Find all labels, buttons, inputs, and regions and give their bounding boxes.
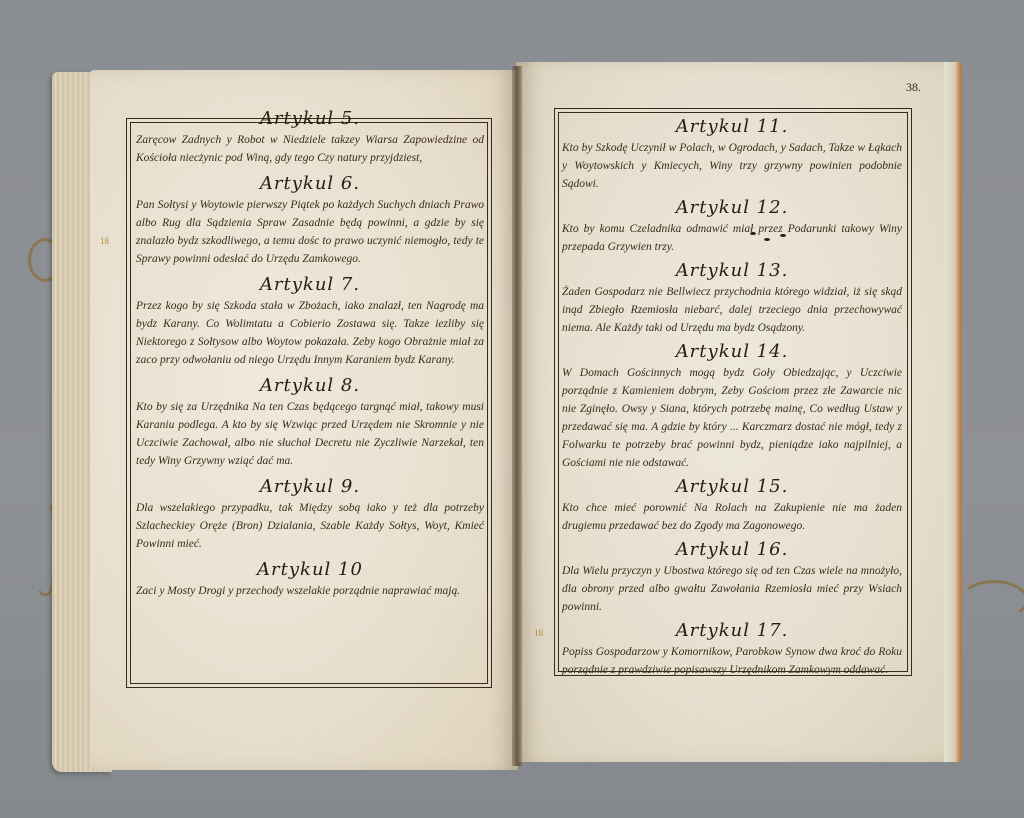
article-heading: Artykul 5. (136, 108, 484, 129)
article-text: Dla Wielu przyczyn y Ubostwa którego się… (562, 562, 902, 616)
book-gutter (512, 66, 522, 766)
article-14: Artykul 14. W Domach Gościnnych mogą byd… (562, 341, 902, 472)
article-text: Kto by się za Urzędnika Na ten Czas będą… (136, 398, 484, 470)
gutter-margin-note: 18 (534, 628, 543, 638)
article-11: Artykul 11. Kto by Szkodę Uczynił w Pola… (562, 116, 902, 193)
left-margin-note: 18 (100, 236, 109, 246)
article-9: Artykul 9. Dla wszelakiego przypadku, ta… (136, 476, 484, 553)
article-heading: Artykul 16. (562, 539, 902, 560)
article-heading: Artykul 7. (136, 274, 484, 295)
left-page-text: Artykul 5. Zaręcow Zadnych y Robot w Nie… (136, 104, 484, 606)
article-heading: Artykul 9. (136, 476, 484, 497)
article-15: Artykul 15. Kto chce mieć porownić Na Ro… (562, 476, 902, 535)
article-heading: Artykul 15. (562, 476, 902, 497)
article-heading: Artykul 17. (562, 620, 902, 641)
article-text: Zaręcow Zadnych y Robot w Niedziele takz… (136, 131, 484, 167)
right-page-block-edges (944, 62, 962, 762)
article-text: W Domach Gościnnych mogą bydz Goły Obied… (562, 364, 902, 472)
article-text: Pan Sołtysi y Woytowie pierwszy Piątek p… (136, 196, 484, 268)
right-tie-string (960, 580, 1024, 620)
article-text: Kto by Szkodę Uczynił w Polach, w Ogroda… (562, 139, 902, 193)
article-text: Dla wszelakiego przypadku, tak Między so… (136, 499, 484, 553)
article-text: Żaden Gospodarz nie Bellwiecz przychodni… (562, 283, 902, 337)
open-manuscript-book: 38. 18 18 Artykul 5. Zaręcow Zadnych y R… (0, 0, 1024, 818)
article-heading: Artykul 8. (136, 375, 484, 396)
article-heading: Artykul 12. (562, 197, 902, 218)
article-12: Artykul 12. Kto by komu Czeladnika odmaw… (562, 197, 902, 256)
article-text: Popiss Gospodarzow y Komornikow, Parobko… (562, 643, 902, 679)
article-16: Artykul 16. Dla Wielu przyczyn y Ubostwa… (562, 539, 902, 616)
article-text: Kto chce mieć porownić Na Rolach na Zaku… (562, 499, 902, 535)
article-13: Artykul 13. Żaden Gospodarz nie Bellwiec… (562, 260, 902, 337)
article-6: Artykul 6. Pan Sołtysi y Woytowie pierws… (136, 173, 484, 268)
article-text: Przez kogo by się Szkoda stała w Zbożach… (136, 297, 484, 369)
article-8: Artykul 8. Kto by się za Urzędnika Na te… (136, 375, 484, 470)
article-5: Artykul 5. Zaręcow Zadnych y Robot w Nie… (136, 108, 484, 167)
article-7: Artykul 7. Przez kogo by się Szkoda stał… (136, 274, 484, 369)
article-text: Kto by komu Czeladnika odmawić miał prze… (562, 220, 902, 256)
article-10: Artykul 10 Zaci y Mosty Drogi y przechod… (136, 559, 484, 600)
article-heading: Artykul 13. (562, 260, 902, 281)
article-text: Zaci y Mosty Drogi y przechody wszelakie… (136, 582, 484, 600)
article-heading: Artykul 10 (136, 559, 484, 580)
article-heading: Artykul 11. (562, 116, 902, 137)
article-heading: Artykul 6. (136, 173, 484, 194)
right-page-text: Artykul 11. Kto by Szkodę Uczynił w Pola… (562, 112, 902, 683)
folio-number: 38. (906, 80, 921, 95)
article-17: Artykul 17. Popiss Gospodarzow y Komorni… (562, 620, 902, 679)
article-heading: Artykul 14. (562, 341, 902, 362)
